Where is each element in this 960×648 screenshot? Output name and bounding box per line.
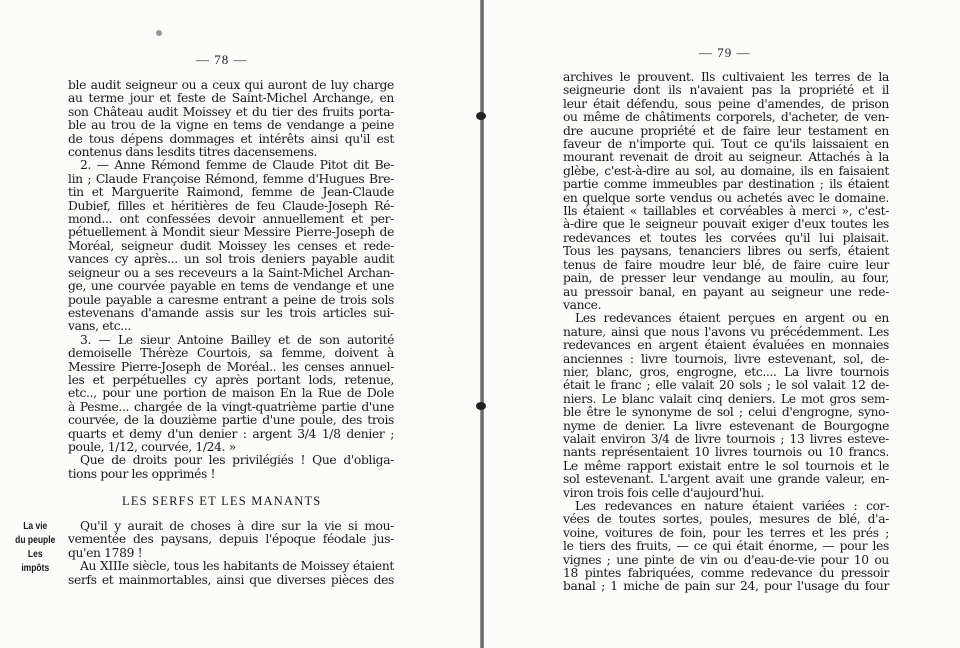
right-page: — 79 — archives le prouvent. Ils cultiva… xyxy=(484,0,960,648)
text-line: Dubief, filles et héritières de feu Clau… xyxy=(68,200,394,213)
text-line: pain, de presser leur vendange au moulin… xyxy=(563,272,889,285)
text-line: ou même de châtiments corporels, d'achet… xyxy=(563,111,889,124)
text-line: mourant revenait de droit au seigneur. A… xyxy=(563,151,889,164)
text-line: Le même rapport existait entre le sol to… xyxy=(563,460,889,473)
text-line: Les redevances en nature étaient variées… xyxy=(563,500,889,513)
text-line: redevances et toutes les corvées qu'il l… xyxy=(563,232,889,245)
text-line: à Pesme... chargée de la vingt-quatrième… xyxy=(68,401,394,414)
text-line: niers. Le blanc valait cinq deniers. Le … xyxy=(563,393,889,406)
text-line: Moréal, seigneur dudit Moissey les cense… xyxy=(68,240,394,253)
text-line: nier, blanc, gros, engrogne, etc.... La … xyxy=(563,366,889,379)
text-line: nature, ainsi que nous l'avons vu précéd… xyxy=(563,326,889,339)
text-line: le tiers des fruits, — ce qui était énor… xyxy=(563,540,889,553)
text-line: vance. xyxy=(563,299,889,312)
margin-note: La vie xyxy=(14,520,57,534)
text-line: tions pour les opprimés ! xyxy=(68,468,394,481)
text-line: sol estevenant. L'argent avait une grand… xyxy=(563,473,889,486)
text-line: quarts et demy d'un denier : argent 3/4 … xyxy=(68,428,394,441)
text-line: vans, etc... xyxy=(68,320,394,333)
text-line: ble audit seigneur ou a ceux qui auront … xyxy=(68,79,394,92)
text-line: Qu'il y aurait de choses à dire sur la v… xyxy=(68,520,394,533)
text-line: à-dire que le seigneur pouvait exiger d'… xyxy=(563,218,889,231)
text-line: au pressoir banal, en payant au seigneur… xyxy=(563,286,889,299)
text-line: Les redevances étaient perçues en argent… xyxy=(563,312,889,325)
text-line: vances cy après... un sol trois deniers … xyxy=(68,253,394,266)
text-line: etc.., pour une portion de maison En la … xyxy=(68,387,394,400)
text-line: ge, une courvée payable en tems de venda… xyxy=(68,280,394,293)
text-line: seigneurie dont ils n'avaient pas la pro… xyxy=(563,84,889,97)
text-line: lin ; Claude Françoise Rémond, femme d'H… xyxy=(68,173,394,186)
text-line: Messire Pierre-Joseph de Moréal.. les ce… xyxy=(68,361,394,374)
margin-notes: La vie du peuple Les impôts xyxy=(14,520,57,576)
text-line: ble être le synonyme de sol ; celui d'en… xyxy=(563,406,889,419)
text-line: leur était défendu, sous peine d'amendes… xyxy=(563,98,889,111)
text-line: poule payable a caresme entrant a peine … xyxy=(68,294,394,307)
text-line: vementée des paysans, depuis l'époque fé… xyxy=(68,533,394,546)
text-line: partie comme immeubles par destination ;… xyxy=(563,178,889,191)
text-line: Que de droits pour les privilégiés ! Que… xyxy=(68,454,394,467)
left-page: — 78 — ble audit seigneur ou a ceux qui … xyxy=(0,0,482,648)
text-line: vignes ; une pinte de vin ou d'eau-de-vi… xyxy=(563,554,889,567)
text-line: valait environ 3/4 de livre tournois ; 1… xyxy=(563,433,889,446)
text-line: nyme de denier. La livre estevenant de B… xyxy=(563,420,889,433)
text-line: serfs et mainmortables, ainsi que divers… xyxy=(68,574,394,587)
page-number: — 78 — xyxy=(196,52,248,68)
left-page-body: ble audit seigneur ou a ceux qui auront … xyxy=(68,79,394,481)
text-line: nants représentaient 10 livres tournois … xyxy=(563,446,889,459)
text-line: viron trois fois celle d'aujourd'hui. xyxy=(563,487,889,500)
text-line: 2. — Anne Rémond femme de Claude Pitot d… xyxy=(68,159,394,172)
text-line: vées de toutes sortes, poules, mesures d… xyxy=(563,513,889,526)
text-line: les et perpétuelles cy après portant lod… xyxy=(68,374,394,387)
section-body: Qu'il y aurait de choses à dire sur la v… xyxy=(68,520,394,587)
text-line: 18 pintes fabriquées, comme redevance du… xyxy=(563,567,889,580)
margin-note: du peuple xyxy=(14,534,57,548)
text-line: glèbe, c'est-à-dire au sol, au domaine, … xyxy=(563,165,889,178)
text-line: Ils étaient « taillables et corvéables à… xyxy=(563,205,889,218)
text-line: était le franc ; elle valait 20 sols ; l… xyxy=(563,379,889,392)
print-speck xyxy=(156,30,162,36)
margin-note: Les impôts xyxy=(14,548,57,576)
section-heading: LES SERFS ET LES MANANTS xyxy=(122,494,321,509)
text-line: au terme jour et feste de Saint-Michel A… xyxy=(68,92,394,105)
text-line: voine, voitures de foin, pour les terres… xyxy=(563,527,889,540)
text-line: banal ; 1 miche de pain sur 24, pour l'u… xyxy=(563,580,889,593)
text-line: archives le prouvent. Ils cultivaient le… xyxy=(563,71,889,84)
text-line: Au XIIIe siècle, tous les habitants de M… xyxy=(68,560,394,573)
text-line: tin et Marguerite Raimond, femme de Jean… xyxy=(68,186,394,199)
text-line: estevenans d'amande assis sur les trois … xyxy=(68,307,394,320)
text-line: qu'en 1789 ! xyxy=(68,547,394,560)
text-line: de tous dépens dommages et intérêts ains… xyxy=(68,133,394,146)
text-line: 3. — Le sieur Antoine Bailley et de son … xyxy=(68,334,394,347)
text-line: pétuellement à Mondit sieur Messire Pier… xyxy=(68,226,394,239)
text-line: en quelque sorte vendus ou achetés avec … xyxy=(563,192,889,205)
right-page-body: archives le prouvent. Ils cultivaient le… xyxy=(563,71,889,594)
text-line: tenus de faire moudre leur blé, de faire… xyxy=(563,259,889,272)
text-line: son Château audit Moissey et du tier des… xyxy=(68,106,394,119)
text-line: seigneur ou a ses receveurs a la Saint-M… xyxy=(68,267,394,280)
text-line: demoiselle Thérèze Courtois, sa femme, d… xyxy=(68,347,394,360)
text-line: dre aucune propriété et de faire leur te… xyxy=(563,125,889,138)
text-line: poule, 1/12, courvée, 1/24. » xyxy=(68,441,394,454)
text-line: contenus dans lesdits titres dacensemens… xyxy=(68,146,394,159)
page-number: — 79 — xyxy=(699,45,751,61)
text-line: mond... ont confessées devoir annuelleme… xyxy=(68,213,394,226)
text-line: Tous les paysans, tenanciers libres ou s… xyxy=(563,245,889,258)
text-line: redevances en argent étaient évaluées en… xyxy=(563,339,889,352)
text-line: courvée, de la douzième partie d'une pou… xyxy=(68,414,394,427)
text-line: anciennes : livre tournois, livre esteve… xyxy=(563,353,889,366)
text-line: faveur de n'importe qui. Tout ce qu'ils … xyxy=(563,138,889,151)
text-line: ble au trou de la vigne en tems de venda… xyxy=(68,119,394,132)
